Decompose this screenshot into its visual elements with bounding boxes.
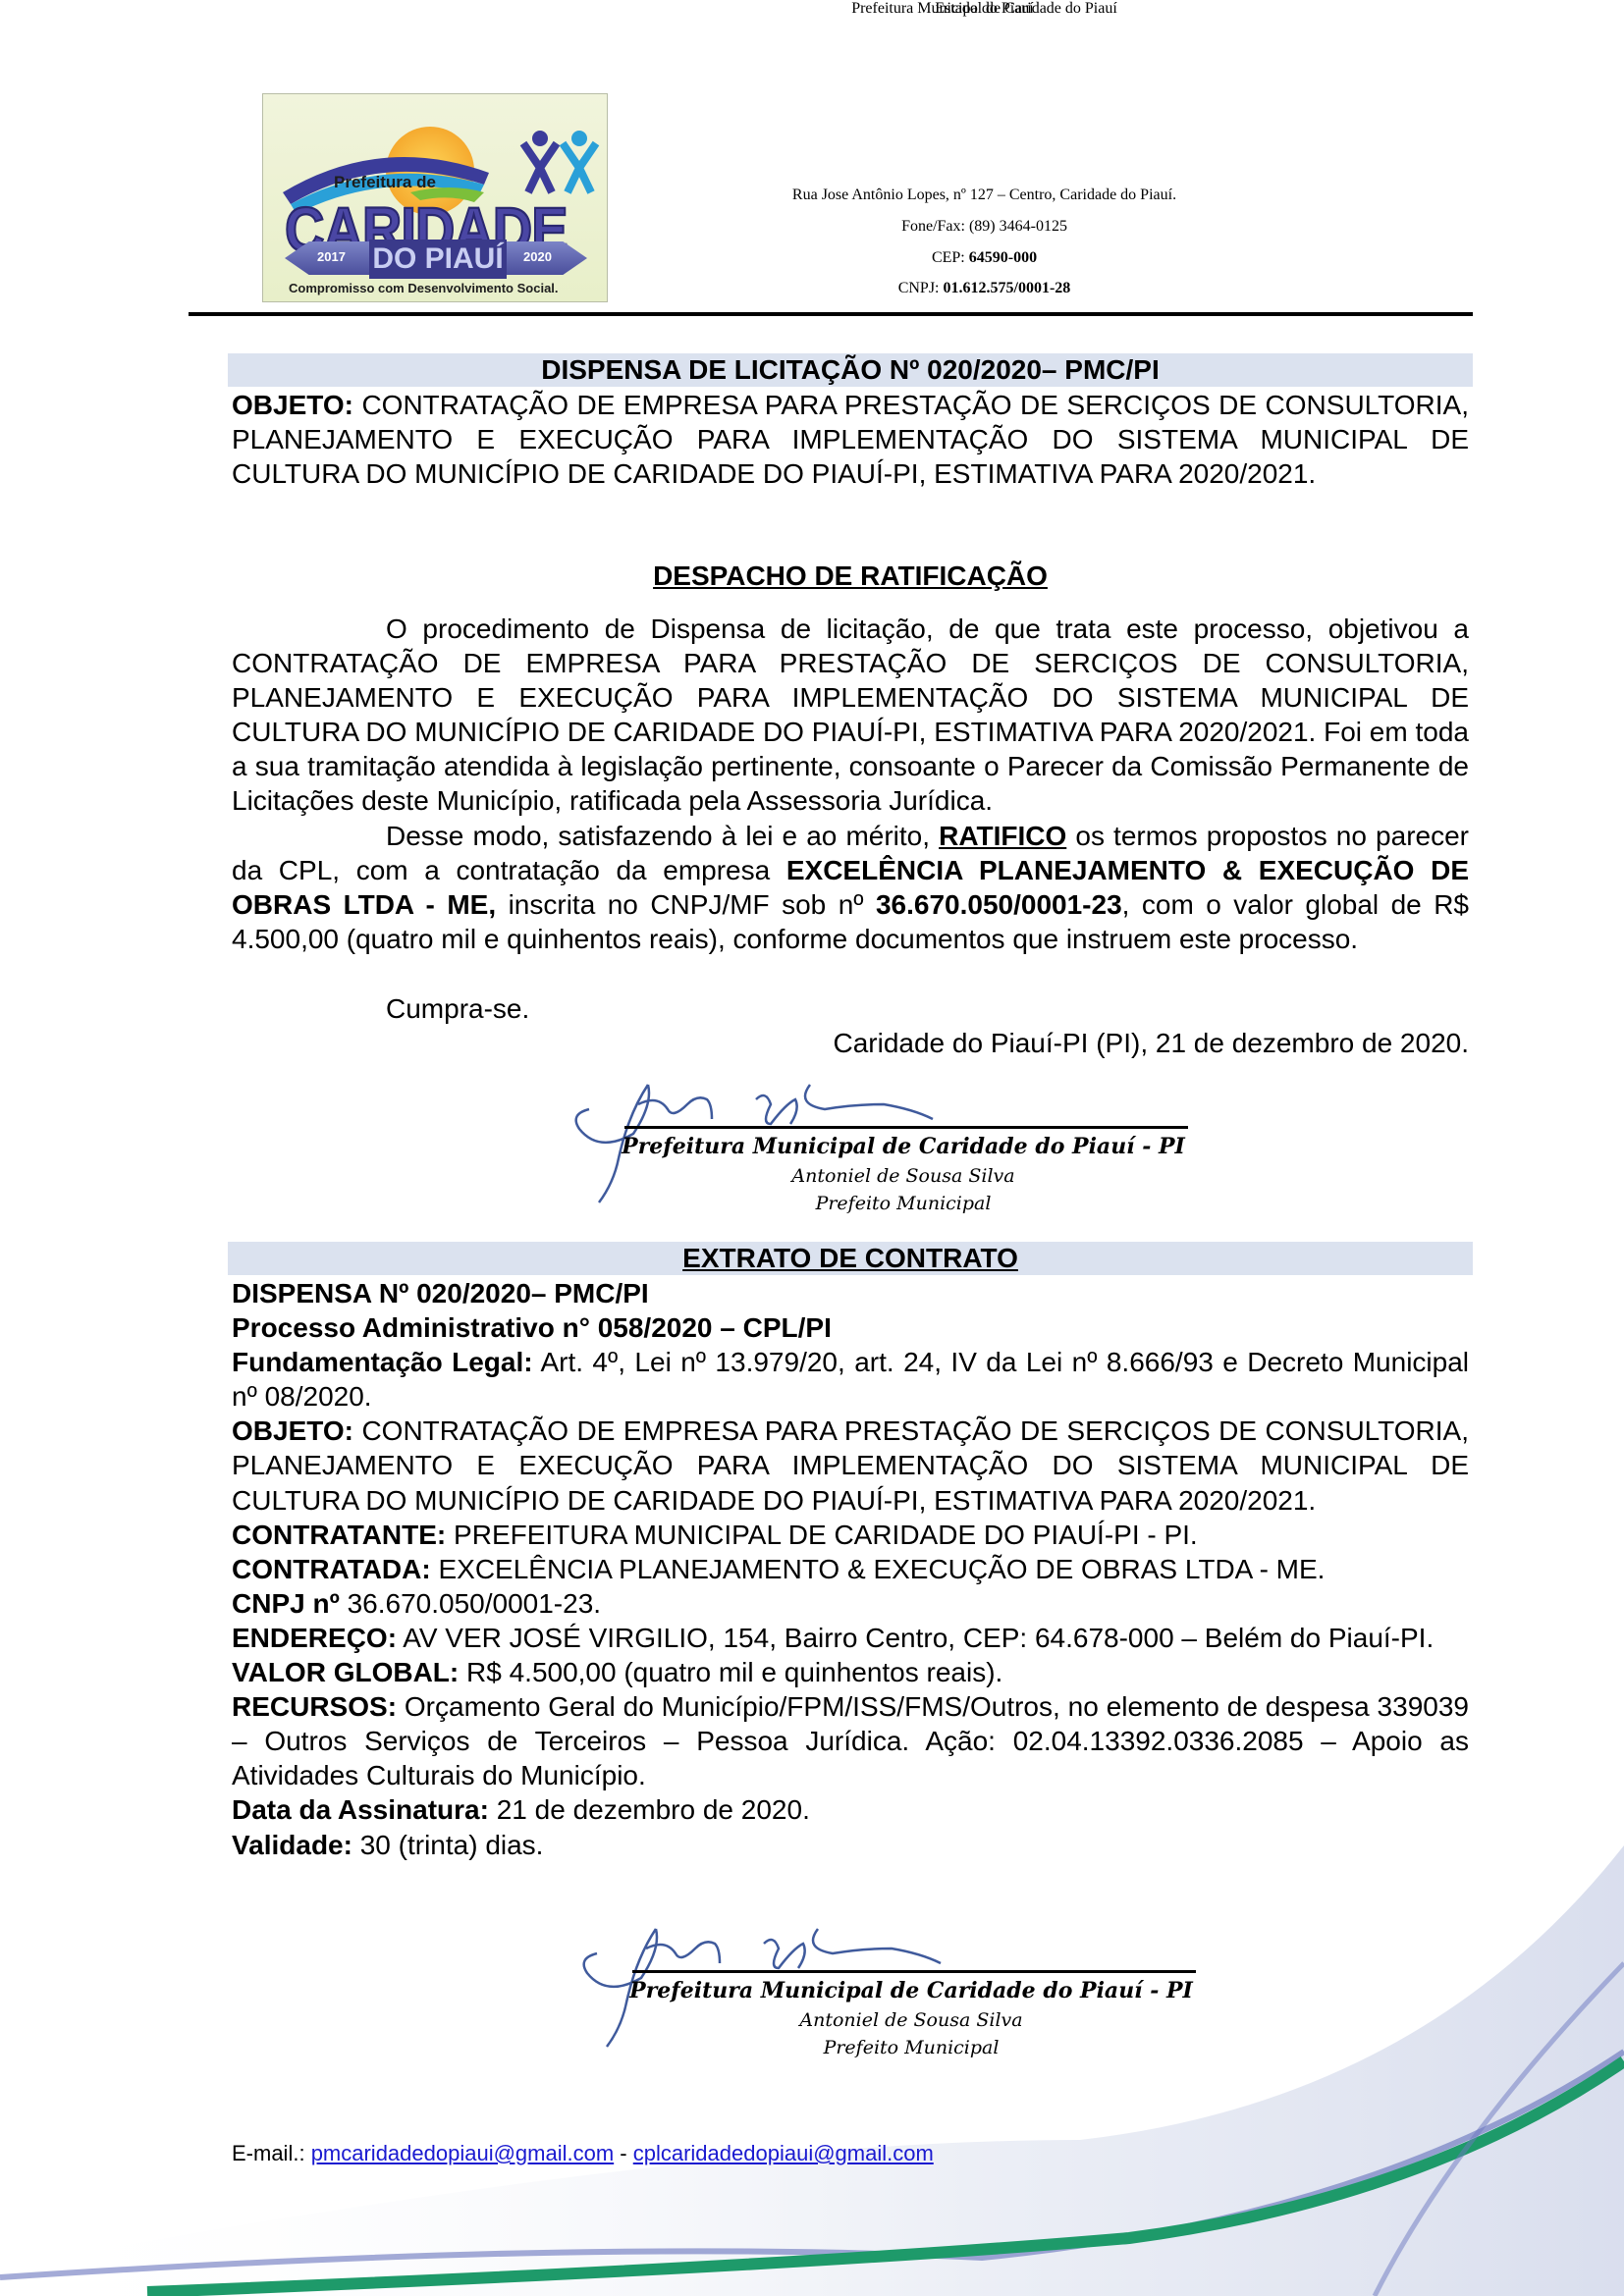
field-label: RECURSOS:: [232, 1691, 397, 1722]
field-value: 21 de dezembro de 2020.: [489, 1794, 810, 1825]
municipality-logo: Prefeitura de CARIDADE 2017 2020 DO PIAU…: [262, 93, 608, 302]
extrato-fields: Fundamentação Legal: Art. 4º, Lei nº 13.…: [232, 1345, 1469, 1861]
dispensa-title: DISPENSA DE LICITAÇÃO Nº 020/2020– PMC/P…: [228, 353, 1473, 387]
logo-prefix: Prefeitura de: [334, 173, 436, 192]
extrato-field: CNPJ nº 36.670.050/0001-23.: [232, 1586, 1469, 1621]
header-divider: [189, 312, 1473, 316]
extrato-dispensa: DISPENSA Nº 020/2020– PMC/PI: [232, 1278, 649, 1308]
logo-year-start: 2017: [317, 249, 346, 264]
field-value: Orçamento Geral do Município/FPM/ISS/FMS…: [232, 1691, 1469, 1790]
extrato-title: EXTRATO DE CONTRATO: [228, 1242, 1473, 1275]
field-label: OBJETO:: [232, 1415, 353, 1446]
ratifico-text: RATIFICO: [939, 821, 1066, 851]
signature-block-1: Prefeitura Municipal de Caridade do Piau…: [560, 1065, 1188, 1222]
place-date: Caridade do Piauí-PI (PI), 21 de dezembr…: [232, 1026, 1469, 1060]
signature-name: Antoniel de Sousa Silva: [609, 1165, 1198, 1187]
despacho-paragraph-2: Desse modo, satisfazendo à lei e ao méri…: [232, 819, 1469, 956]
extrato-field: OBJETO: CONTRATAÇÃO DE EMPRESA PARA PRES…: [232, 1414, 1469, 1517]
footer-emails: E-mail.: pmcaridadedopiaui@gmail.com - c…: [232, 2141, 934, 2166]
field-value: PREFEITURA MUNICIPAL DE CARIDADE DO PIAU…: [446, 1520, 1197, 1550]
extrato-field: ENDEREÇO: AV VER JOSÉ VIRGILIO, 154, Bai…: [232, 1621, 1469, 1655]
cep-value: 64590-000: [969, 249, 1037, 266]
cnpj-label: CNPJ:: [898, 280, 944, 296]
extrato-field: Data da Assinatura: 21 de dezembro de 20…: [232, 1792, 1469, 1827]
extrato-field: CONTRATADA: EXCELÊNCIA PLANEJAMENTO & EX…: [232, 1552, 1469, 1586]
cnpj: CNPJ: 01.612.575/0001-28: [628, 280, 1340, 297]
extrato-field: RECURSOS: Orçamento Geral do Município/F…: [232, 1689, 1469, 1792]
email-link-2[interactable]: cplcaridadedopiaui@gmail.com: [633, 2141, 934, 2165]
signature-role: Prefeito Municipal: [609, 1193, 1198, 1214]
objeto-text: CONTRATAÇÃO DE EMPRESA PARA PRESTAÇÃO DE…: [232, 390, 1469, 489]
cumpra-text: Cumpra-se.: [386, 993, 529, 1024]
field-label: CNPJ nº: [232, 1588, 340, 1619]
field-value: AV VER JOSÉ VIRGILIO, 154, Bairro Centro…: [397, 1623, 1434, 1653]
field-label: Fundamentação Legal:: [232, 1347, 533, 1377]
decorative-swoosh-icon: [0, 1845, 1624, 2296]
organization-name: Prefeitura Municipal de Caridade do Piau…: [628, 0, 1340, 18]
extrato-field: Fundamentação Legal: Art. 4º, Lei nº 13.…: [232, 1345, 1469, 1414]
field-label: ENDEREÇO:: [232, 1623, 397, 1653]
dispensa-objeto: OBJETO: CONTRATAÇÃO DE EMPRESA PARA PRES…: [232, 388, 1469, 491]
para2-text-c: inscrita no CNPJ/MF sob nº: [496, 889, 876, 920]
cep-label: CEP:: [932, 249, 969, 266]
logo-year-end: 2020: [523, 249, 552, 264]
cep: CEP: 64590-000: [628, 249, 1340, 267]
despacho-title: DESPACHO DE RATIFICAÇÃO: [228, 560, 1473, 593]
field-label: CONTRATANTE:: [232, 1520, 446, 1550]
field-value: EXCELÊNCIA PLANEJAMENTO & EXECUÇÃO DE OB…: [431, 1554, 1326, 1584]
field-label: VALOR GLOBAL:: [232, 1657, 459, 1687]
field-value: R$ 4.500,00 (quatro mil e quinhentos rea…: [459, 1657, 1002, 1687]
email-link-1[interactable]: pmcaridadedopiaui@gmail.com: [311, 2141, 614, 2165]
extrato-processo: Processo Administrativo n° 058/2020 – CP…: [232, 1312, 832, 1343]
email-separator: -: [614, 2141, 633, 2165]
despacho-paragraph-1: O procedimento de Dispensa de licitação,…: [232, 612, 1469, 819]
email-label: E-mail.:: [232, 2141, 311, 2165]
objeto-label: OBJETO:: [232, 390, 353, 420]
para2-text-a: Desse modo, satisfazendo à lei e ao méri…: [386, 821, 939, 851]
field-label: CONTRATADA:: [232, 1554, 431, 1584]
extrato-field: VALOR GLOBAL: R$ 4.500,00 (quatro mil e …: [232, 1655, 1469, 1689]
cumpra-se: Cumpra-se.: [232, 991, 1469, 1026]
extrato-field: CONTRATANTE: PREFEITURA MUNICIPAL DE CAR…: [232, 1518, 1469, 1552]
logo-subname: DO PIAUÍ: [369, 240, 507, 279]
signature-organization: Prefeitura Municipal de Caridade do Piau…: [609, 1134, 1198, 1159]
field-label: Data da Assinatura:: [232, 1794, 489, 1825]
field-value: 36.670.050/0001-23.: [340, 1588, 601, 1619]
cnpj-value: 01.612.575/0001-28: [944, 280, 1071, 296]
field-value: CONTRATAÇÃO DE EMPRESA PARA PRESTAÇÃO DE…: [232, 1415, 1469, 1515]
signature-line: [624, 1126, 1188, 1129]
extrato-body: DISPENSA Nº 020/2020– PMC/PI Processo Ad…: [232, 1276, 1469, 1862]
phone: Fone/Fax: (89) 3464-0125: [628, 218, 1340, 236]
address: Rua Jose Antônio Lopes, nº 127 – Centro,…: [628, 187, 1340, 204]
logo-slogan: Compromisso com Desenvolvimento Social.: [289, 281, 559, 295]
company-cnpj: 36.670.050/0001-23: [876, 889, 1122, 920]
despacho-para1-text: O procedimento de Dispensa de licitação,…: [232, 614, 1469, 816]
